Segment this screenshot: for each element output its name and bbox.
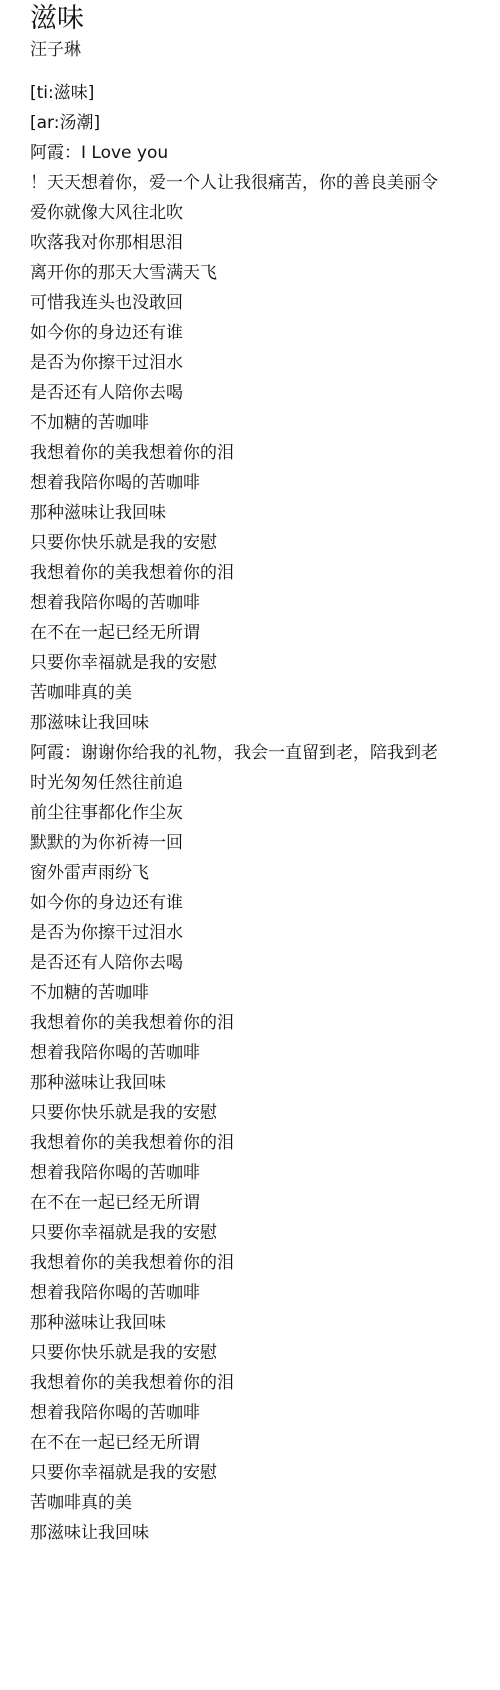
- lyric-line: 吹落我对你那相思泪: [30, 228, 438, 258]
- lyric-line: 那滋味让我回味: [30, 1518, 438, 1548]
- lyric-line: 想着我陪你喝的苦咖啡: [30, 588, 438, 618]
- lyric-line: 那滋味让我回味: [30, 708, 438, 738]
- lyric-line: 是否为你擦干过泪水: [30, 918, 438, 948]
- lyric-line: ！天天想着你，爱一个人让我很痛苦，你的善良美丽令: [30, 168, 438, 198]
- lyric-line: 想着我陪你喝的苦咖啡: [30, 1158, 438, 1188]
- lyric-line: 我想着你的美我想着你的泪: [30, 438, 438, 468]
- lyric-line: 在不在一起已经无所谓: [30, 1428, 438, 1458]
- lyric-line: 想着我陪你喝的苦咖啡: [30, 1038, 438, 1068]
- lyric-line: 我想着你的美我想着你的泪: [30, 1368, 438, 1398]
- lyric-line: 离开你的那天大雪满天飞: [30, 258, 438, 288]
- song-title: 滋味: [30, 0, 84, 38]
- lyric-line: 前尘往事都化作尘灰: [30, 798, 438, 828]
- lyric-line: 那种滋味让我回味: [30, 1308, 438, 1338]
- lyric-line: 爱你就像大风往北吹: [30, 198, 438, 228]
- lyric-line: 那种滋味让我回味: [30, 498, 438, 528]
- lyric-line: 在不在一起已经无所谓: [30, 1188, 438, 1218]
- lyric-line: 是否还有人陪你去喝: [30, 378, 438, 408]
- lyric-line: 那种滋味让我回味: [30, 1068, 438, 1098]
- lyric-line: 是否还有人陪你去喝: [30, 948, 438, 978]
- lyric-line: 时光匆匆任然往前追: [30, 768, 438, 798]
- lyric-line: 窗外雷声雨纷飞: [30, 858, 438, 888]
- lyric-line: 想着我陪你喝的苦咖啡: [30, 468, 438, 498]
- lyric-line: [ti:滋味]: [30, 78, 438, 108]
- lyric-line: 我想着你的美我想着你的泪: [30, 1008, 438, 1038]
- lyric-line: 阿霞：I Love you: [30, 138, 438, 168]
- lyric-line: 只要你快乐就是我的安慰: [30, 528, 438, 558]
- lyric-line: 在不在一起已经无所谓: [30, 618, 438, 648]
- lyric-line: 我想着你的美我想着你的泪: [30, 558, 438, 588]
- lyric-line: 我想着你的美我想着你的泪: [30, 1128, 438, 1158]
- lyrics-page: 滋味 汪子琳 [ti:滋味][ar:汤潮]阿霞：I Love you！天天想着你…: [0, 0, 464, 1690]
- lyric-line: 默默的为你祈祷一回: [30, 828, 438, 858]
- lyrics-list: [ti:滋味][ar:汤潮]阿霞：I Love you！天天想着你，爱一个人让我…: [30, 78, 438, 1548]
- lyric-line: 可惜我连头也没敢回: [30, 288, 438, 318]
- lyric-line: 是否为你擦干过泪水: [30, 348, 438, 378]
- lyric-line: 只要你幸福就是我的安慰: [30, 648, 438, 678]
- lyric-line: 如今你的身边还有谁: [30, 318, 438, 348]
- lyric-line: 只要你幸福就是我的安慰: [30, 1218, 438, 1248]
- lyric-line: 想着我陪你喝的苦咖啡: [30, 1278, 438, 1308]
- lyric-line: 不加糖的苦咖啡: [30, 978, 438, 1008]
- lyric-line: 只要你快乐就是我的安慰: [30, 1338, 438, 1368]
- lyric-line: 只要你幸福就是我的安慰: [30, 1458, 438, 1488]
- lyric-line: 苦咖啡真的美: [30, 678, 438, 708]
- song-artist: 汪子琳: [30, 38, 81, 62]
- lyric-line: 我想着你的美我想着你的泪: [30, 1248, 438, 1278]
- lyric-line: 不加糖的苦咖啡: [30, 408, 438, 438]
- lyric-line: 想着我陪你喝的苦咖啡: [30, 1398, 438, 1428]
- lyric-line: 阿霞：谢谢你给我的礼物，我会一直留到老，陪我到老: [30, 738, 438, 768]
- lyric-line: [ar:汤潮]: [30, 108, 438, 138]
- lyric-line: 只要你快乐就是我的安慰: [30, 1098, 438, 1128]
- lyric-line: 苦咖啡真的美: [30, 1488, 438, 1518]
- lyric-line: 如今你的身边还有谁: [30, 888, 438, 918]
